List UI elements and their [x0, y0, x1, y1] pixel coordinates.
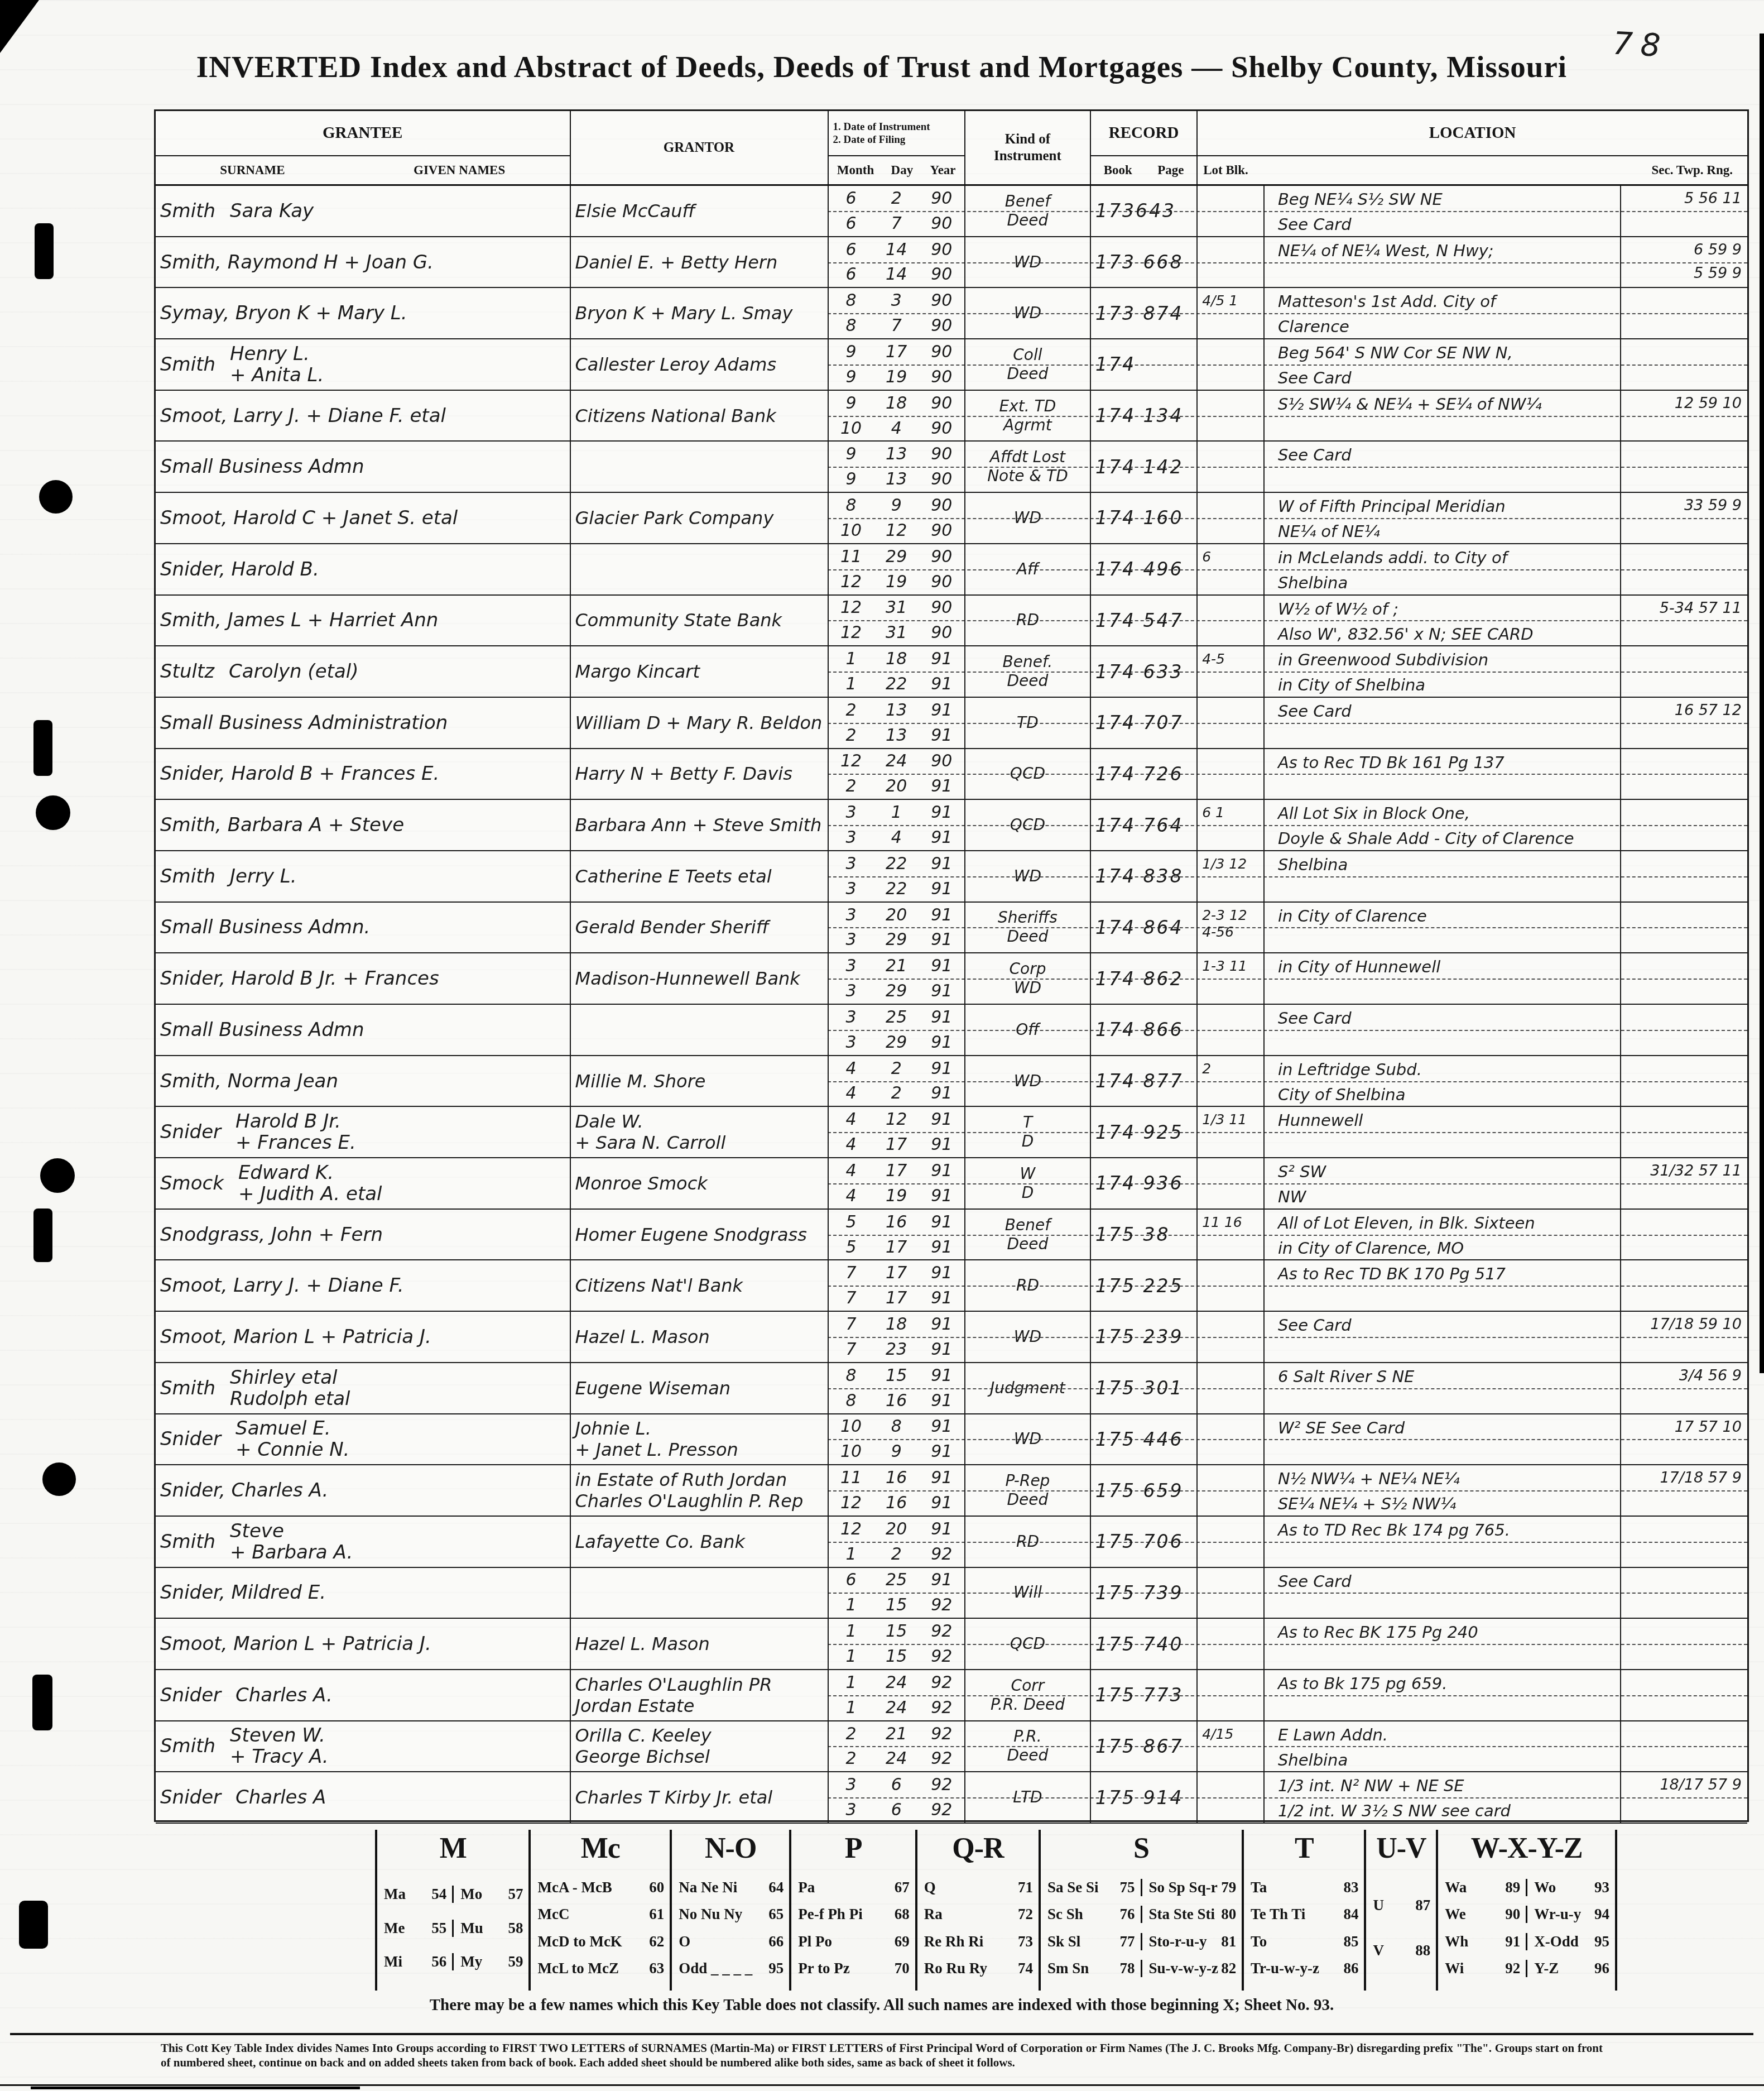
date-part: 91 [919, 1391, 964, 1411]
grantee-surname: Smith, Barbara A + Steve [160, 814, 404, 836]
key-table-column: MMa54Mo57Me55Mu58Mi56My59 [375, 1830, 528, 1991]
record-book-page-cell: 174 936 [1090, 1158, 1196, 1208]
grantor-cell [570, 442, 828, 492]
key-table-entry-label: Mo [460, 1886, 482, 1903]
key-table-entry: Me55 [377, 1920, 452, 1937]
key-table-entry-label: To [1251, 1933, 1267, 1950]
dates-cell: 6149061490 [828, 237, 964, 287]
record-book-page-cell: 174 496 [1090, 544, 1196, 594]
location-cell: See Card [1263, 442, 1620, 492]
key-table-entry-number: 86 [1343, 1960, 1358, 1977]
kind-of-instrument-cell: RD [964, 596, 1090, 646]
date-part: 14 [874, 265, 919, 284]
kind-of-instrument-cell: T D [964, 1107, 1090, 1157]
key-table-column-body: Na Ne Ni64No Nu Ny65O66Odd _ _ _ _95 [672, 1869, 789, 1991]
grantee-cell: Smith, Raymond H + Joan G. [156, 237, 570, 287]
ledger-row: Smith, Barbara A + SteveBarbara Ann + St… [156, 800, 1747, 851]
date-part: 4 [874, 828, 919, 847]
key-table-entry-label: No Nu Ny [679, 1906, 742, 1923]
date-part: 24 [874, 1673, 919, 1692]
record-book-page-cell: 175 38 [1090, 1210, 1196, 1260]
grantee-cell: SmithSteve + Barbara A. [156, 1517, 570, 1567]
sec-twp-rng-cell: 17 57 10 [1620, 1414, 1747, 1465]
grantee-surname: Small Business Admn [160, 455, 364, 478]
dates-cell: 3229132291 [828, 851, 964, 901]
grantee-surname: Smoot, Marion L + Patricia J. [160, 1633, 431, 1655]
key-table-entry-label: We [1445, 1906, 1466, 1923]
date-part: 3 [829, 879, 874, 899]
key-table-entry-label: U [1373, 1897, 1384, 1914]
key-table-column-body: Q71Ra72Re Rh Ri73Ro Ru Ry74 [917, 1869, 1039, 1991]
kind-of-instrument-cell: P-Rep Deed [964, 1465, 1090, 1516]
ledger-row: Small Business Admn3259132991Off174 866S… [156, 1005, 1747, 1056]
date-part: 12 [829, 598, 874, 617]
header-grantor-label: GRANTOR [570, 111, 828, 184]
grantee-surname: Snider, Harold B. [160, 558, 319, 581]
key-table-entry-label: Sk Sl [1047, 1933, 1080, 1950]
date-part: 90 [919, 214, 964, 233]
punch-hole [19, 1901, 48, 1949]
key-table-entry-number: 81 [1221, 1933, 1236, 1950]
grantor-cell: Bryon K + Mary L. Smay [570, 288, 828, 338]
key-table-entry: Mu58 [452, 1920, 528, 1937]
sec-twp-rng-cell [1620, 288, 1747, 338]
kind-of-instrument-cell: Corp WD [964, 953, 1090, 1004]
date-line: 32991 [829, 1030, 964, 1055]
date-part: 91 [919, 1033, 964, 1052]
date-part: 91 [919, 803, 964, 822]
key-table-entry-label: Sm Sn [1047, 1960, 1089, 1977]
key-table-entry-label: Me [384, 1920, 405, 1937]
sec-twp-rng-cell: 6 59 9 5 59 9 [1620, 237, 1747, 287]
key-table-entry-row: McL to McZ63 [531, 1960, 670, 1977]
date-part: 92 [919, 1545, 964, 1564]
key-table-column-header: U-V [1366, 1830, 1436, 1869]
date-part: 20 [874, 905, 919, 925]
date-line: 10991 [829, 1439, 964, 1464]
key-table-entry: Mi56 [377, 1953, 452, 1970]
date-part: 4 [829, 1059, 874, 1078]
dates-cell: 12249022091 [828, 749, 964, 799]
dates-cell: 3259132991 [828, 1005, 964, 1055]
sec-twp-rng-cell [1620, 851, 1747, 901]
key-table-entry-row: Mi56My59 [377, 1953, 528, 1970]
date-line: 11891 [829, 646, 964, 672]
key-table-column-header: Mc [531, 1830, 670, 1869]
date-part: 18 [874, 649, 919, 669]
date-part: 90 [919, 469, 964, 489]
date-part: 19 [874, 1186, 919, 1206]
grantee-given-names: Charles A. [235, 1685, 333, 1706]
key-table-entry-label: McC [537, 1906, 569, 1923]
sec-twp-rng-cell [1620, 1056, 1747, 1106]
key-table-entry-row: Pl Po69 [791, 1933, 915, 1950]
sec-twp-rng-cell [1620, 339, 1747, 390]
sec-twp-rng-cell [1620, 1721, 1747, 1772]
date-part: 9 [874, 496, 919, 515]
lot-blk-cell [1196, 1670, 1263, 1720]
ledger-row: SniderHarold B Jr. + Frances E.Dale W. +… [156, 1107, 1747, 1158]
grantor-cell: Charles T Kirby Jr. etal [570, 1772, 828, 1823]
record-book-page-cell: 174 866 [1090, 1005, 1196, 1055]
date-part: 21 [874, 1724, 919, 1744]
lot-blk-cell [1196, 1363, 1263, 1413]
key-table-entry-number: 65 [768, 1906, 784, 1923]
date-part: 10 [829, 1417, 874, 1436]
lot-blk-cell: 4/15 [1196, 1721, 1263, 1772]
location-cell: S½ SW¼ & NE¼ + SE¼ of NW¼ [1263, 391, 1620, 441]
grantor-cell: Hazel L. Mason [570, 1312, 828, 1362]
sec-twp-rng-cell [1620, 1568, 1747, 1618]
date-line: 41791 [829, 1132, 964, 1157]
grantor-cell: Gerald Bender Sheriff [570, 903, 828, 953]
key-table-entry-label: Te Th Ti [1251, 1906, 1305, 1923]
date-part: 15 [874, 1595, 919, 1615]
lot-blk-cell [1196, 186, 1263, 236]
date-line: 1292 [829, 1542, 964, 1567]
key-table-entry: Sta Ste Sti80 [1141, 1906, 1242, 1923]
record-book-page-cell: 175 867 [1090, 1721, 1196, 1772]
scanned-page: 78 INVERTED Index and Abstract of Deeds,… [0, 0, 1764, 2091]
date-part: 9 [829, 444, 874, 464]
header-date-of-filing-label: 2. Date of Filing [833, 133, 906, 146]
record-book-page-cell: 174 877 [1090, 1056, 1196, 1106]
date-line: 11592 [829, 1619, 964, 1644]
location-cell: Beg NE¼ S½ SW NE See Card [1263, 186, 1620, 236]
date-part: 91 [919, 1008, 964, 1027]
key-table-entry-label: Ro Ru Ry [924, 1960, 987, 1977]
date-part: 3 [829, 828, 874, 847]
key-table-entry: Sk Sl77 [1041, 1933, 1141, 1950]
grantee-cell: SniderCharles A. [156, 1670, 570, 1720]
ledger-row: SmithSteven W. + Tracy A.Orilla C. Keele… [156, 1721, 1747, 1773]
key-table-entry-number: 80 [1221, 1906, 1236, 1923]
date-part: 1 [829, 1673, 874, 1692]
key-table-entry-row: Pe-f Ph Pi68 [791, 1906, 915, 1923]
kind-of-instrument-cell: Benef Deed [964, 1210, 1090, 1260]
key-table-column: N-ONa Ne Ni64No Nu Ny65O66Odd _ _ _ _95 [670, 1830, 789, 1991]
sec-twp-rng-cell: 16 57 12 [1620, 698, 1747, 748]
ledger-row: Small Business AdministrationWilliam D +… [156, 698, 1747, 749]
key-table-entry-number: 96 [1594, 1960, 1609, 1977]
key-table-entry-number: 64 [768, 1879, 784, 1896]
date-line: 12492 [829, 1695, 964, 1720]
date-line: 91390 [829, 442, 964, 467]
header-year-label: Year [930, 163, 956, 178]
date-part: 4 [829, 1083, 874, 1103]
date-part: 7 [874, 316, 919, 335]
date-part: 90 [919, 265, 964, 284]
date-part: 9 [874, 1442, 919, 1461]
kind-of-instrument-cell: RD [964, 1517, 1090, 1567]
date-line: 81591 [829, 1363, 964, 1388]
grantee-surname: Snider [160, 1428, 221, 1450]
date-part: 92 [919, 1622, 964, 1641]
grantor-cell: Eugene Wiseman [570, 1363, 828, 1413]
grantee-surname: Small Business Admn. [160, 916, 370, 938]
date-part: 2 [874, 1059, 919, 1078]
record-book-page-cell: 174 547 [1090, 596, 1196, 646]
ledger-row: StultzCarolyn (etal)Margo Kincart1189112… [156, 646, 1747, 698]
punch-hole [35, 223, 54, 279]
date-part: 2 [829, 726, 874, 745]
date-part: 13 [874, 444, 919, 464]
dates-cell: 2219222492 [828, 1721, 964, 1772]
location-cell: Matteson's 1st Add. City of Clarence [1263, 288, 1620, 338]
date-part: 8 [874, 1417, 919, 1436]
grantor-cell: Community State Bank [570, 596, 828, 646]
key-table-entry: Ro Ru Ry74 [917, 1960, 1039, 1977]
date-part: 1 [829, 1595, 874, 1615]
sec-twp-rng-cell [1620, 800, 1747, 850]
location-cell: Hunnewell [1263, 1107, 1620, 1157]
date-part: 21 [874, 956, 919, 976]
key-table-entry-number: 95 [768, 1960, 784, 1977]
key-table-entry-label: McD to McK [537, 1933, 622, 1950]
header-grantee: GRANTEE SURNAME GIVEN NAMES [156, 111, 570, 184]
header-location: LOCATION Lot Blk. Sec. Twp. Rng. [1196, 111, 1747, 184]
date-part: 91 [919, 1186, 964, 1206]
key-table-entry: No Nu Ny65 [672, 1906, 789, 1923]
grantee-surname: Smoot, Harold C + Janet S. etal [160, 507, 458, 529]
key-table-column-header: S [1041, 1830, 1242, 1869]
key-table-entry: To85 [1244, 1933, 1364, 1950]
date-part: 17 [874, 1288, 919, 1308]
lot-blk-cell [1196, 749, 1263, 799]
kind-of-instrument-cell: TD [964, 698, 1090, 748]
key-table-entry-label: Sc Sh [1047, 1906, 1083, 1923]
date-line: 3191 [829, 800, 964, 825]
date-part: 17 [874, 342, 919, 362]
key-table-entry-row: Sm Sn78Su-v-w-y-z82 [1041, 1960, 1242, 1977]
date-part: 90 [919, 623, 964, 642]
date-part: 91 [919, 930, 964, 949]
date-part: 1 [829, 674, 874, 694]
date-part: 31 [874, 598, 919, 617]
key-table-entry-label: Wa [1445, 1879, 1467, 1896]
punch-hole [42, 1462, 76, 1496]
record-book-page-cell: 175 740 [1090, 1619, 1196, 1669]
key-table-entry-label: Wi [1445, 1960, 1464, 1977]
ledger-row: Symay, Bryon K + Mary L.Bryon K + Mary L… [156, 288, 1747, 339]
header-book-label: Book [1104, 163, 1132, 178]
key-table-entry: Wa89 [1438, 1879, 1526, 1896]
date-part: 92 [919, 1775, 964, 1795]
date-part: 91 [919, 674, 964, 694]
grantor-cell: Millie M. Shore [570, 1056, 828, 1106]
record-book-page-cell: 175 739 [1090, 1568, 1196, 1618]
location-cell: N½ NW¼ + NE¼ NE¼ SE¼ NE¼ + S½ NW¼ [1263, 1465, 1620, 1516]
kind-of-instrument-cell: WD [964, 1056, 1090, 1106]
key-table-column-body: U87V88 [1366, 1869, 1436, 1991]
location-cell: All Lot Six in Block One, Doyle & Shale … [1263, 800, 1620, 850]
key-table-entry-row: Sa Se Si75So Sp Sq-r79 [1041, 1879, 1242, 1896]
date-part: 4 [829, 1135, 874, 1154]
date-part: 3 [829, 1008, 874, 1027]
key-table-entry-row: Pa67 [791, 1879, 915, 1896]
date-part: 92 [919, 1595, 964, 1615]
record-book-page-cell: 174 [1090, 339, 1196, 390]
key-table-column-body: Ma54Mo57Me55Mu58Mi56My59 [377, 1869, 528, 1991]
date-part: 11 [829, 547, 874, 567]
location-cell: in McLelands addi. to City of Shelbina [1263, 544, 1620, 594]
date-part: 91 [919, 649, 964, 669]
date-part: 91 [919, 1212, 964, 1232]
record-book-page-cell: 175 446 [1090, 1414, 1196, 1465]
date-line: 61490 [829, 262, 964, 287]
grantee-surname: Symay, Bryon K + Mary L. [160, 302, 407, 324]
dates-cell: 1089110991 [828, 1414, 964, 1465]
key-table-entry-row: Pr to Pz70 [791, 1960, 915, 1977]
date-part: 14 [874, 240, 919, 260]
date-part: 16 [874, 1212, 919, 1232]
key-table-entry-row: Wa89Wo93 [1438, 1879, 1615, 1896]
dates-cell: 42914291 [828, 1056, 964, 1106]
lot-blk-cell: 2-3 12 4-56 [1196, 903, 1263, 953]
lot-blk-cell [1196, 1414, 1263, 1465]
date-line: 123190 [829, 596, 964, 621]
grantee-given-names: Samuel E. + Connie N. [235, 1418, 349, 1460]
record-book-page-cell: 174 925 [1090, 1107, 1196, 1157]
date-part: 90 [919, 572, 964, 592]
date-part: 12 [829, 623, 874, 642]
location-cell: Beg 564' S NW Cor SE NW N, See Card [1263, 339, 1620, 390]
ledger-row: Smoot, Marion L + Patricia J.Hazel L. Ma… [156, 1619, 1747, 1670]
grantee-surname: Smock [160, 1172, 224, 1195]
date-part: 91 [919, 1083, 964, 1103]
date-line: 122490 [829, 749, 964, 774]
date-line: 8390 [829, 288, 964, 313]
key-table-entry-number: 68 [895, 1906, 910, 1923]
grantee-cell: Smith, Barbara A + Steve [156, 800, 570, 850]
key-table-entry-number: 85 [1343, 1933, 1358, 1950]
page-number: 78 [1612, 25, 1669, 64]
location-cell: 1/3 int. N² NW + NE SE 1/2 int. W 3½ S N… [1263, 1772, 1620, 1823]
date-part: 22 [874, 879, 919, 899]
lot-blk-cell [1196, 493, 1263, 543]
location-cell: in Greenwood Subdivision in City of Shel… [1263, 646, 1620, 697]
date-part: 91 [919, 854, 964, 874]
ledger-row: Snider, Harold B + Frances E.Harry N + B… [156, 749, 1747, 800]
date-line: 81691 [829, 1388, 964, 1413]
sec-twp-rng-cell [1620, 1005, 1747, 1055]
key-table-entry-number: 83 [1343, 1879, 1358, 1896]
date-line: 10490 [829, 416, 964, 441]
date-part: 22 [874, 674, 919, 694]
key-table-entry-row: Wh91X-Odd95 [1438, 1933, 1615, 1950]
key-table-entry: Y-Z96 [1526, 1960, 1615, 1977]
grantee-given-names: Jerry L. [230, 866, 297, 887]
key-table-entry-number: 66 [768, 1933, 784, 1950]
key-table-entry-row: No Nu Ny65 [672, 1906, 789, 1923]
key-table-entry: Wh91 [1438, 1933, 1526, 1950]
header-record: RECORD Book Page [1090, 111, 1196, 184]
key-table-entry-number: 54 [431, 1886, 446, 1903]
date-part: 12 [874, 521, 919, 540]
date-part: 23 [874, 1340, 919, 1359]
grantee-surname: Smoot, Marion L + Patricia J. [160, 1326, 431, 1348]
key-table-entry-number: 79 [1221, 1879, 1236, 1896]
date-part: 92 [919, 1673, 964, 1692]
key-table-entry-row: McA - McB60 [531, 1879, 670, 1896]
key-table-column-body: Ta83Te Th Ti84To85Tr-u-w-y-z86 [1244, 1869, 1364, 1991]
key-table-entry-number: 69 [895, 1933, 910, 1950]
kind-of-instrument-cell: Off [964, 1005, 1090, 1055]
key-table-entry-label: My [460, 1953, 482, 1970]
grantor-cell: Monroe Smock [570, 1158, 828, 1208]
date-line: 61490 [829, 237, 964, 262]
key-table-entry: V88 [1366, 1942, 1436, 1959]
key-table-entry: Odd _ _ _ _95 [672, 1960, 789, 1977]
grantor-cell: William D + Mary R. Beldon [570, 698, 828, 748]
date-line: 123190 [829, 620, 964, 645]
date-part: 7 [829, 1288, 874, 1308]
date-part: 6 [829, 189, 874, 208]
grantee-given-names: Harold B Jr. + Frances E. [235, 1111, 356, 1153]
date-line: 4291 [829, 1056, 964, 1081]
grantor-cell: Lafayette Co. Bank [570, 1517, 828, 1567]
location-cell: See Card [1263, 1568, 1620, 1618]
date-part: 2 [829, 776, 874, 796]
grantee-surname: Snider, Mildred E. [160, 1581, 326, 1604]
date-part: 90 [919, 240, 964, 260]
kind-of-instrument-cell: Ext. TD Agrmt [964, 391, 1090, 441]
ledger-row: Smith, James L + Harriet AnnCommunity St… [156, 596, 1747, 647]
date-part: 8 [829, 316, 874, 335]
lot-blk-cell [1196, 596, 1263, 646]
key-table-entry-number: 56 [431, 1953, 446, 1970]
key-table-entry-number: 82 [1221, 1960, 1236, 1977]
kind-of-instrument-cell: Corr P.R. Deed [964, 1670, 1090, 1720]
date-part: 15 [874, 1366, 919, 1385]
date-part: 7 [829, 1263, 874, 1283]
date-line: 21391 [829, 723, 964, 748]
date-part: 10 [829, 521, 874, 540]
grantee-surname: Snodgrass, John + Fern [160, 1224, 383, 1246]
record-book-page-cell: 174 764 [1090, 800, 1196, 850]
grantee-surname: Smith [160, 1377, 215, 1399]
sec-twp-rng-cell [1620, 544, 1747, 594]
key-table-entry-number: 73 [1018, 1933, 1033, 1950]
date-part: 6 [874, 1800, 919, 1820]
lot-blk-cell [1196, 391, 1263, 441]
date-part: 8 [829, 291, 874, 310]
date-part: 91 [919, 1340, 964, 1359]
key-table-entry-number: 87 [1415, 1897, 1430, 1914]
date-line: 112990 [829, 544, 964, 569]
key-table-entry: Wr-u-y94 [1526, 1906, 1615, 1923]
date-line: 22192 [829, 1721, 964, 1747]
scan-edge-artifact [31, 2087, 360, 2089]
grantee-cell: SmithSteven W. + Tracy A. [156, 1721, 570, 1772]
key-table-entry-number: 57 [508, 1886, 523, 1903]
ledger-row: Small Business Admn.Gerald Bender Sherif… [156, 903, 1747, 954]
grantee-given-names: Steve + Barbara A. [230, 1521, 353, 1563]
record-book-page-cell: 175 301 [1090, 1363, 1196, 1413]
date-part: 4 [874, 419, 919, 438]
sec-twp-rng-cell [1620, 442, 1747, 492]
date-part: 19 [874, 367, 919, 387]
date-part: 18 [874, 394, 919, 413]
key-table-entry-label: Ma [384, 1886, 406, 1903]
date-part: 16 [874, 1468, 919, 1488]
date-part: 92 [919, 1800, 964, 1820]
dates-cell: 8159181691 [828, 1363, 964, 1413]
kind-of-instrument-cell: WD [964, 493, 1090, 543]
dates-cell: 31913491 [828, 800, 964, 850]
grantor-cell [570, 1568, 828, 1618]
date-part: 4 [829, 1161, 874, 1181]
